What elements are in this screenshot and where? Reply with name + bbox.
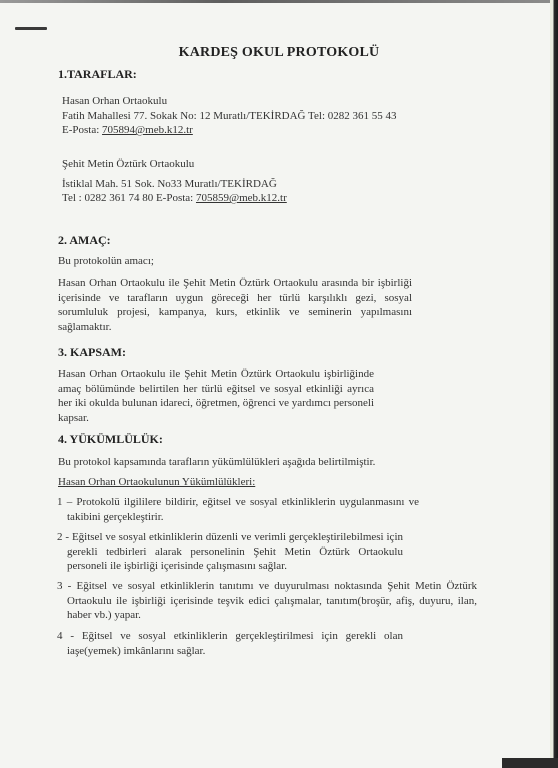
scan-right-edge	[550, 0, 558, 768]
document-title: KARDEŞ OKUL PROTOKOLÜ	[0, 45, 558, 61]
party1-email-link[interactable]: 705894@meb.k12.tr	[102, 124, 193, 136]
party1-name: Hasan Orhan Ortaokulu	[62, 94, 417, 109]
party1-email-label: E-Posta:	[62, 124, 102, 136]
obligation-item-2: 2 - Eğitsel ve sosyal etkinliklerin düze…	[57, 530, 403, 574]
party1-address: Fatih Mahallesi 77. Sokak No: 12 Muratlı…	[62, 109, 482, 124]
party2-contact-label: Tel : 0282 361 74 80 E-Posta:	[62, 192, 196, 204]
party1-email-line: E-Posta: 705894@meb.k12.tr	[62, 123, 417, 138]
party2-name: Şehit Metin Öztürk Ortaokulu	[62, 157, 417, 172]
section-heading-taraflar: 1.TARAFLAR:	[58, 67, 137, 82]
section-heading-yukumluluk: 4. YÜKÜMLÜLÜK:	[58, 432, 163, 447]
amac-body: Hasan Orhan Ortaokulu ile Şehit Metin Öz…	[58, 276, 412, 334]
margin-dash-mark	[15, 27, 47, 30]
obligation-item-1: 1 – Protokolü ilgililere bildirir, eğits…	[57, 495, 419, 524]
party2-address: İstiklal Mah. 51 Sok. No33 Muratlı/TEKİR…	[62, 177, 417, 192]
obligation-item-4: 4 - Eğitsel ve sosyal etkinliklerin gerç…	[57, 629, 403, 658]
kapsam-body: Hasan Orhan Ortaokulu ile Şehit Metin Öz…	[58, 367, 374, 425]
amac-intro: Bu protokolün amacı;	[58, 254, 418, 269]
section-heading-amac: 2. AMAÇ:	[58, 233, 111, 248]
yukumluluk-intro: Bu protokol kapsamında tarafların yüküml…	[58, 455, 458, 470]
party2-contact-line: Tel : 0282 361 74 80 E-Posta: 705859@meb…	[62, 191, 417, 206]
scan-top-edge	[0, 0, 558, 3]
section-heading-kapsam: 3. KAPSAM:	[58, 345, 126, 360]
party2-email-link[interactable]: 705859@meb.k12.tr	[196, 192, 287, 204]
obligation-item-3: 3 - Eğitsel ve sosyal etkinliklerin tanı…	[57, 579, 477, 623]
scan-bottom-corner	[502, 758, 558, 768]
yukumluluk-subheading: Hasan Orhan Ortaokulunun Yükümlülükleri:	[58, 475, 255, 490]
